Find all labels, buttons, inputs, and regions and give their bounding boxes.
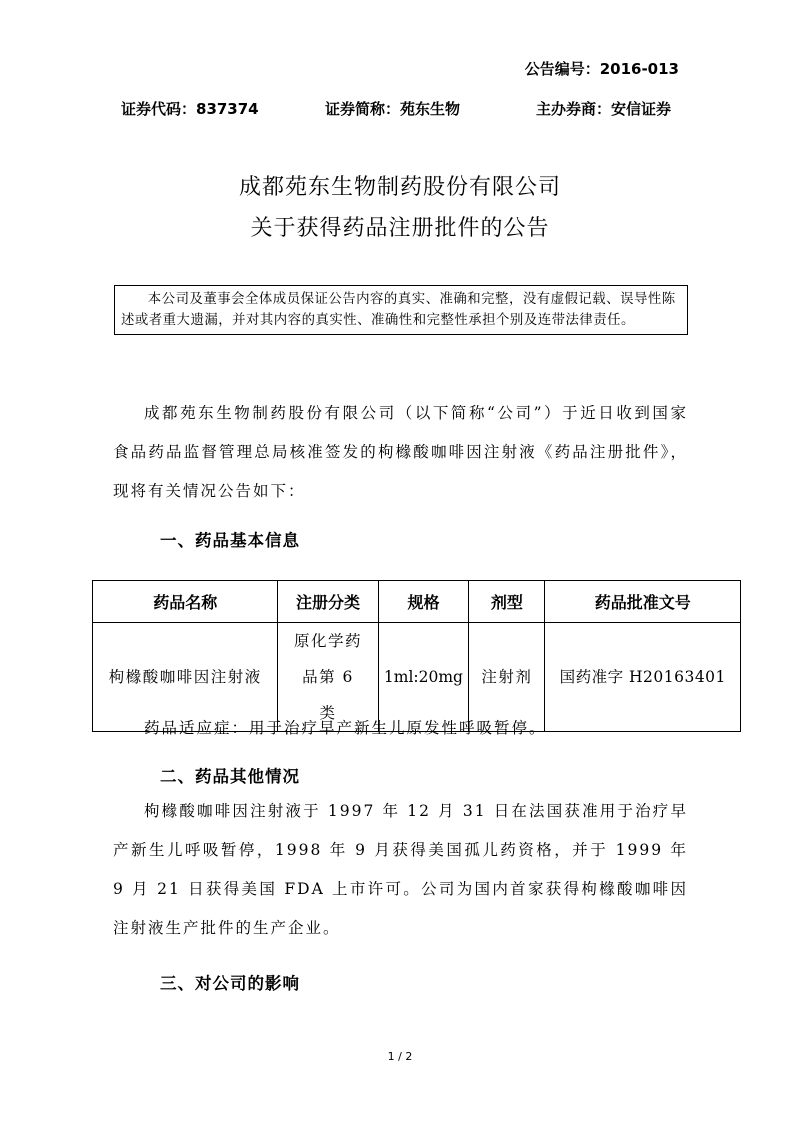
column-header-registration-class: 注册分类 [278,581,378,623]
section-heading-other-info: 二、药品其他情况 [160,763,300,787]
section-heading-company-impact: 三、对公司的影响 [160,970,300,994]
indication-text: 药品适应症：用于治疗早产新生儿原发性呼吸暂停。 [113,709,688,748]
other-info-paragraph: 枸橼酸咖啡因注射液于 1997 年 12 月 31 日在法国获准用于治疗早产新生… [113,792,688,948]
disclaimer-box: 本公司及董事会全体成员保证公告内容的真实、准确和完整，没有虚假记载、误导性陈述或… [114,285,688,335]
section-heading-basic-info: 一、药品基本信息 [160,527,300,551]
document-title-company: 成都苑东生物制药股份有限公司 [0,170,800,201]
document-title-subject: 关于获得药品注册批件的公告 [0,211,800,242]
disclaimer-text: 本公司及董事会全体成员保证公告内容的真实、准确和完整，没有虚假记载、误导性陈述或… [121,289,681,331]
column-header-drug-name: 药品名称 [93,581,278,623]
security-code: 证券代码：837374 [121,98,259,119]
security-abbreviation: 证券简称：苑东生物 [325,98,460,119]
table-header-row: 药品名称 注册分类 规格 剂型 药品批准文号 [93,581,741,623]
page-number: 1 / 2 [0,1050,800,1063]
other-info-text: 枸橼酸咖啡因注射液于 1997 年 12 月 31 日在法国获准用于治疗早产新生… [113,792,688,948]
announcement-number: 公告编号：2016-013 [525,58,679,79]
sponsor-broker: 主办券商：安信证券 [536,98,671,119]
indication-paragraph: 药品适应症：用于治疗早产新生儿原发性呼吸暂停。 [113,709,688,748]
column-header-dosage-form: 剂型 [469,581,545,623]
column-header-approval-number: 药品批准文号 [545,581,741,623]
intro-text: 成都苑东生物制药股份有限公司（以下简称“公司”）于近日收到国家食品药品监督管理总… [113,394,688,511]
column-header-specification: 规格 [378,581,469,623]
intro-paragraph: 成都苑东生物制药股份有限公司（以下简称“公司”）于近日收到国家食品药品监督管理总… [113,394,688,511]
